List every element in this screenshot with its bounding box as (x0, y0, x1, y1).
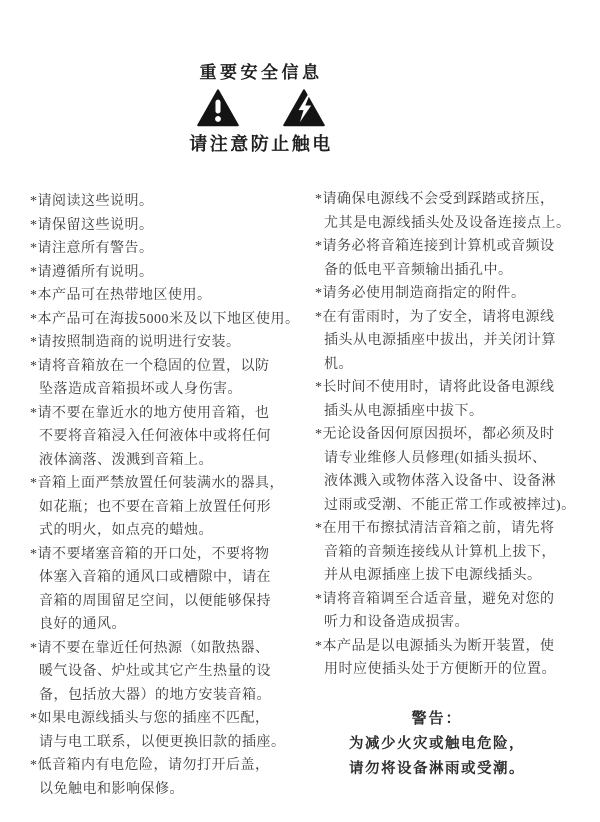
safety-instructions-right-column: *请确保电源线不会受到踩踏或挤压，尤其是电源线插头处及设备连接点上。*请务必将音… (315, 188, 585, 682)
warning-title: 警告： (312, 706, 562, 732)
safety-bullet-line: *请保留这些说明。 (30, 214, 306, 238)
safety-continuation-line: 尤其是电源线插头处及设备连接点上。 (315, 212, 585, 236)
safety-continuation-line: 机。 (315, 353, 585, 377)
lightning-triangle-icon (283, 89, 325, 127)
safety-bullet-line: *请遵循所有说明。 (30, 261, 306, 285)
safety-continuation-line: 不要将音箱浸入任何液体中或将任何 (30, 425, 306, 449)
safety-bullet-line: *请不要堵塞音箱的开口处，不要将物 (30, 543, 306, 567)
safety-bullet-line: *请将音箱放在一个稳固的位置，以防 (30, 355, 306, 379)
safety-bullet-line: *无论设备因何原因损坏，都必须及时 (315, 423, 585, 447)
safety-bullet-line: *请不要在靠近任何热源（如散热器、 (30, 637, 306, 661)
safety-continuation-line: 液体溅入或物体落入设备中、设备淋 (315, 470, 585, 494)
safety-continuation-line: 音箱的周围留足空间，以便能够保持 (30, 590, 306, 614)
safety-continuation-line: 并从电源插座上拔下电源线插头。 (315, 564, 585, 588)
safety-continuation-line: 式的明火，如点亮的蜡烛。 (30, 519, 306, 543)
warning-line-1: 为减少火灾或触电危险， (312, 732, 562, 757)
safety-bullet-line: *请确保电源线不会受到踩踏或挤压， (315, 188, 585, 212)
warning-icons (0, 89, 522, 127)
warning-line-2: 请勿将设备淋雨或受潮。 (312, 757, 562, 782)
safety-continuation-line: 插头从电源插座中拔下。 (315, 400, 585, 424)
safety-continuation-line: 坠落造成音箱损坏或人身伤害。 (30, 378, 306, 402)
safety-continuation-line: 插头从电源插座中拔出，并关闭计算 (315, 329, 585, 353)
safety-bullet-line: *长时间不使用时，请将此设备电源线 (315, 376, 585, 400)
safety-bullet-line: *本产品是以电源插头为断开装置，使 (315, 635, 585, 659)
safety-continuation-line: 备的低电平音频输出插孔中。 (315, 259, 585, 283)
safety-bullet-line: *本产品可在海拔5000米及以下地区使用。 (30, 308, 306, 332)
safety-continuation-line: 音箱的音频连接线从计算机上拔下， (315, 541, 585, 565)
safety-continuation-line: 良好的通风。 (30, 613, 306, 637)
exclamation-triangle-icon (197, 89, 239, 127)
safety-continuation-line: 体塞入音箱的通风口或槽隙中，请在 (30, 566, 306, 590)
page-header: 重要安全信息 请注意防止触电 (0, 0, 522, 156)
safety-bullet-line: *本产品可在热带地区使用。 (30, 284, 306, 308)
safety-bullet-line: *请务必将音箱连接到计算机或音频设 (315, 235, 585, 259)
safety-bullet-line: *请阅读这些说明。 (30, 190, 306, 214)
safety-continuation-line: 液体滴落、泼溅到音箱上。 (30, 449, 306, 473)
safety-continuation-line: 如花瓶；也不要在音箱上放置任何形 (30, 496, 306, 520)
safety-bullet-line: *在有雷雨时，为了安全，请将电源线 (315, 306, 585, 330)
safety-continuation-line: 请专业维修人员修理(如插头损坏、 (315, 447, 585, 471)
safety-continuation-line: 用时应使插头处于方便断开的位置。 (315, 658, 585, 682)
safety-continuation-line: 听力和设备造成损害。 (315, 611, 585, 635)
safety-continuation-line: 备，包括放大器）的地方安装音箱。 (30, 684, 306, 708)
safety-bullet-line: *音箱上面严禁放置任何装满水的器具， (30, 472, 306, 496)
safety-continuation-line: 请与电工联系，以便更换旧款的插座。 (30, 731, 306, 755)
safety-bullet-line: *请将音箱调至合适音量，避免对您的 (315, 588, 585, 612)
safety-info-page: 重要安全信息 请注意防止触电 *请阅读这些说明。*请保留这些说明。*请注意所有警… (0, 0, 600, 822)
safety-bullet-line: *请按照制造商的说明进行安装。 (30, 331, 306, 355)
safety-bullet-line: *低音箱内有电危险，请勿打开后盖， (30, 754, 306, 778)
safety-instructions-left-column: *请阅读这些说明。*请保留这些说明。*请注意所有警告。*请遵循所有说明。*本产品… (30, 190, 306, 801)
safety-continuation-line: 以免触电和影响保修。 (30, 778, 306, 802)
safety-bullet-line: *请务必使用制造商指定的附件。 (315, 282, 585, 306)
safety-bullet-line: *在用干布擦拭清洁音箱之前，请先将 (315, 517, 585, 541)
page-title: 重要安全信息 (0, 62, 522, 84)
safety-continuation-line: 暖气设备、炉灶或其它产生热量的设 (30, 660, 306, 684)
page-subtitle: 请注意防止触电 (0, 132, 522, 156)
safety-bullet-line: *请注意所有警告。 (30, 237, 306, 261)
safety-bullet-line: *请不要在靠近水的地方使用音箱，也 (30, 402, 306, 426)
safety-continuation-line: 过雨或受潮、不能正常工作或被摔过)。 (315, 494, 585, 518)
warning-block: 警告： 为减少火灾或触电危险， 请勿将设备淋雨或受潮。 (312, 706, 562, 781)
safety-bullet-line: *如果电源线插头与您的插座不匹配， (30, 707, 306, 731)
